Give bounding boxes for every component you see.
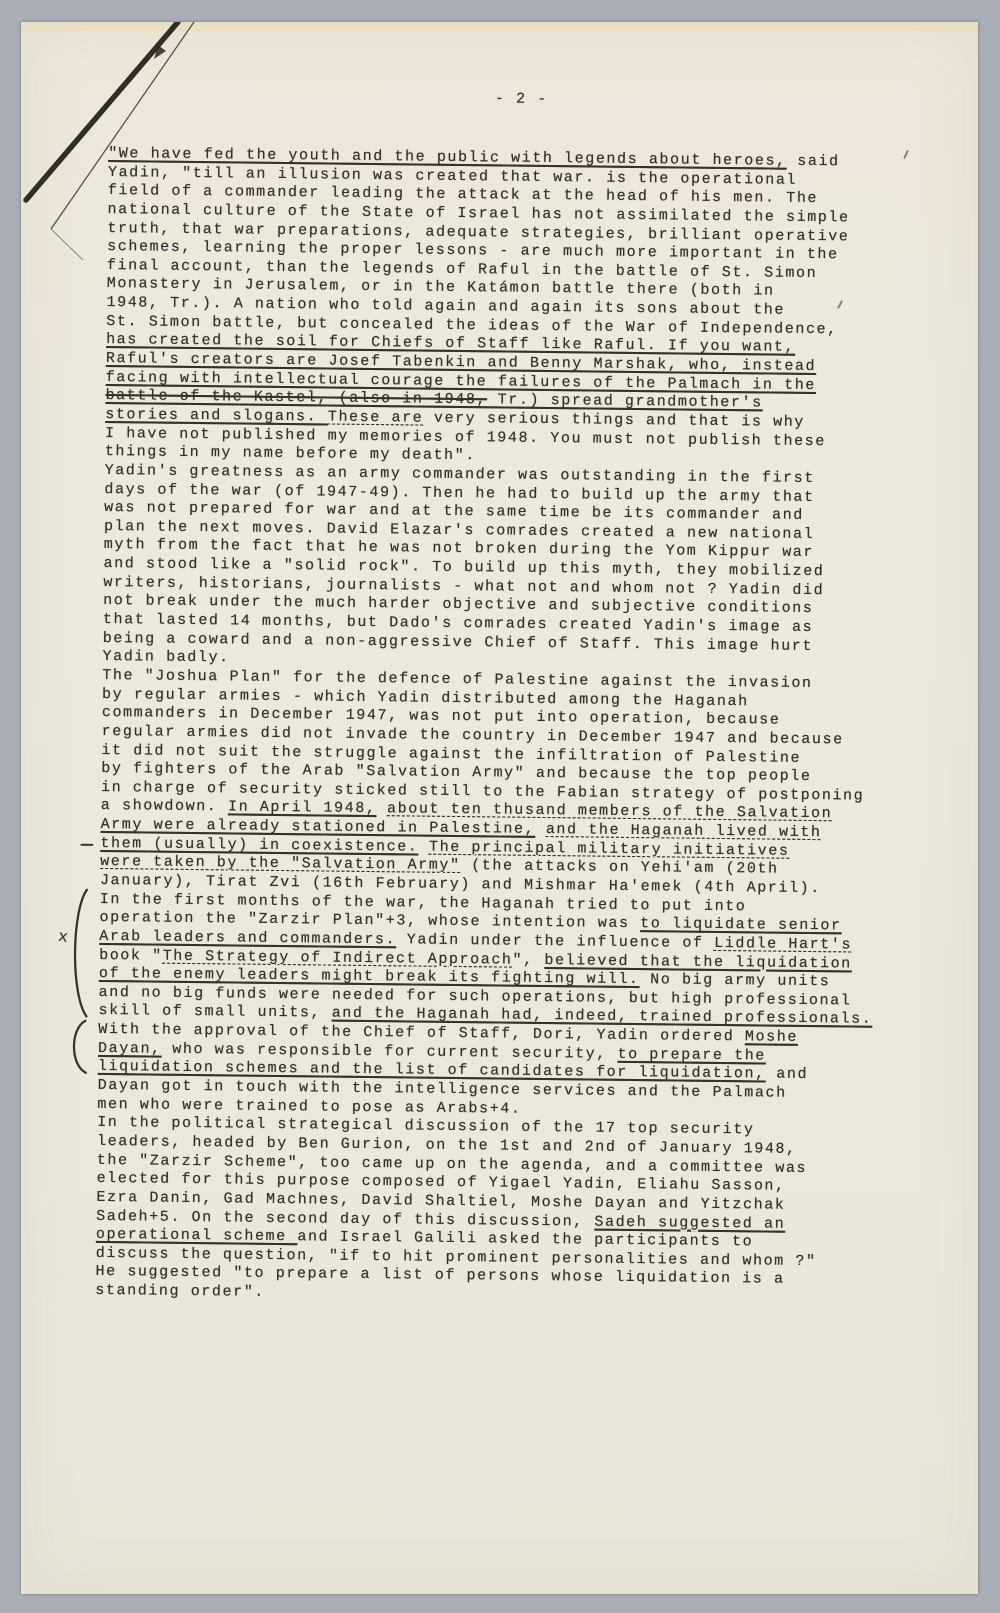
margin-x-mark: x (57, 928, 73, 946)
text-segment: Tr.) spread grandmother's (487, 392, 763, 412)
page-number: - 2 - (495, 90, 548, 109)
text-segment (418, 838, 429, 855)
typewritten-content: - 2 - "We have fed the youth and the pub… (95, 86, 929, 1310)
text-segment: and the Haganah lived with (546, 821, 822, 841)
text-segment: No big army units (639, 971, 830, 990)
text-segment: Yadin badly. (102, 648, 229, 666)
text-segment: In April 1948, (228, 799, 377, 818)
pen-arrowhead-icon (154, 45, 166, 59)
scanned-document-page: { "page": { "number_label": "- 2 -", "co… (0, 0, 1000, 1613)
text-segment: Arab leaders and commanders. (99, 928, 396, 948)
text-segment: operational scheme (96, 1226, 298, 1245)
text-segment: to prepare the (617, 1046, 766, 1065)
text-segment: things in my name before my death". (105, 443, 476, 464)
paper-sheet: - 2 - "We have fed the youth and the pub… (21, 22, 978, 1594)
text-segment: very serious things and that is why (423, 410, 805, 431)
text-segment: The Strategy of Indirect Approach (163, 947, 513, 968)
text-segment: ", (512, 951, 544, 968)
text-segment: standing order". (95, 1282, 265, 1301)
text-segment: them (usually) in coexistence. (100, 835, 418, 856)
text-segment: The principal military initiatives (429, 838, 790, 859)
text-segment: Sadeh suggested an (594, 1213, 785, 1232)
text-segment: battle of the Kastel, (also in 1948, (105, 387, 487, 408)
text-segment: These are (328, 408, 424, 426)
text-segment: said (787, 153, 840, 171)
text-segment (376, 801, 387, 818)
text-segment: Yadin under the influence of (396, 931, 714, 952)
text-segment: Moshe (745, 1028, 798, 1046)
text-segment: Dayan, (98, 1040, 162, 1058)
text-segment: and (766, 1066, 809, 1083)
text-segment: believed that the liquidation (544, 952, 852, 972)
text-segment: were taken by the "Salvation Army" (100, 853, 461, 874)
text-segment: a showdown. (101, 797, 228, 815)
text-segment: book " (99, 946, 163, 964)
text-segment: stories and slogans. (105, 406, 328, 426)
margin-paren-mark (65, 888, 90, 1019)
paper-top-edge-band (21, 22, 978, 31)
text-segment: skill of small units, (98, 1002, 331, 1022)
margin-paren-mark (65, 1018, 90, 1074)
text-lines: "We have fed the youth and the public wi… (95, 145, 928, 1310)
margin-dash-mark (80, 844, 93, 846)
text-segment: to liquidate senior (640, 915, 842, 934)
text-segment (535, 821, 546, 838)
text-segment: Liddle Hart's (714, 935, 852, 954)
text-segment: (the attacks on Yehi'am (20th (461, 857, 779, 878)
